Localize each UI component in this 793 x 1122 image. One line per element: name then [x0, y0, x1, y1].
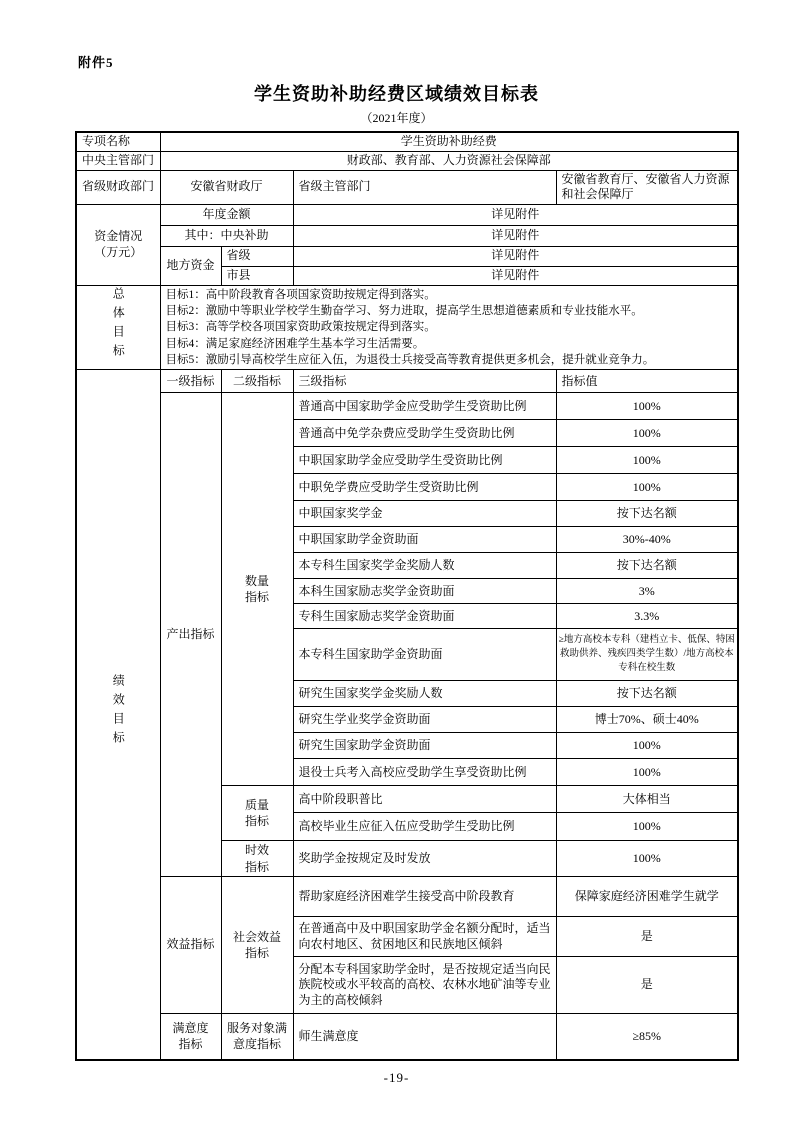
indicator-cell: 高中阶段职普比: [293, 786, 556, 813]
indicator-cell: 在普通高中及中职国家助学金名额分配时，适当向农村地区、贫困地区和民族地区倾斜: [293, 917, 556, 957]
group-social-benefit: 社会效益指标: [221, 877, 293, 1014]
group-quantity-text: 数量指标: [245, 573, 270, 605]
header-value: 指标值: [556, 370, 738, 393]
page-title: 学生资助补助经费区域绩效目标表: [0, 80, 793, 106]
group-quality-text: 质量指标: [245, 797, 270, 829]
central-subsidy-label: 其中：中央补助: [160, 225, 293, 246]
value-cell: 按下达名额: [556, 553, 738, 579]
attachment-label: 附件5: [78, 0, 793, 71]
group-quantity: 数量指标: [221, 393, 293, 786]
indicator-cell: 中职国家奖学金: [293, 501, 556, 527]
funding-section-label: 资金情况 （万元）: [76, 204, 160, 285]
group-output: 产出指标: [160, 393, 221, 877]
header-level2: 二级指标: [221, 370, 293, 393]
value-cell: 100%: [556, 813, 738, 841]
project-name-label: 专项名称: [76, 132, 160, 151]
table-row: 其中：中央补助 详见附件: [76, 225, 738, 246]
value-cell: 100%: [556, 447, 738, 474]
performance-section-label: 绩效目标: [76, 370, 160, 1060]
indicator-cell: 普通高中国家助学金应受助学生受资助比例: [293, 393, 556, 420]
value-cell: 30%-40%: [556, 527, 738, 553]
value-cell: 100%: [556, 393, 738, 420]
performance-target-table: 专项名称 学生资助补助经费 中央主管部门 财政部、教育部、人力资源社会保障部 省…: [75, 131, 739, 1061]
project-name-value: 学生资助补助经费: [160, 132, 738, 151]
indicator-cell: 本科生国家励志奖学金资助面: [293, 579, 556, 604]
goal-item: 目标1：高中阶段教育各项国家资助按规定得到落实。: [166, 287, 733, 303]
table-row: 地方资金 省级 详见附件: [76, 246, 738, 266]
overall-goal-label: 总体目标: [76, 285, 160, 370]
value-cell: 100%: [556, 759, 738, 786]
table-row: 资金情况 （万元） 年度金额 详见附件: [76, 204, 738, 225]
goal-item: 目标3：高等学校各项国家资助政策按规定得到落实。: [166, 319, 733, 335]
group-benefit: 效益指标: [160, 877, 221, 1014]
value-cell: ≥85%: [556, 1014, 738, 1060]
group-service-satisfaction-text: 服务对象满意度指标: [227, 1020, 288, 1052]
group-quality: 质量指标: [221, 786, 293, 841]
city-county-funds-value: 详见附件: [293, 266, 738, 285]
funding-section-label-line2: （万元）: [82, 245, 155, 261]
overall-goal-label-text: 总体目标: [112, 287, 124, 363]
provincial-finance-label: 省级财政部门: [76, 170, 160, 204]
value-cell: 按下达名额: [556, 501, 738, 527]
provincial-finance-value: 安徽省财政厅: [160, 170, 293, 204]
indicator-row: 效益指标 社会效益指标 帮助家庭经济困难学生接受高中阶段教育 保障家庭经济困难学…: [76, 877, 738, 917]
funding-section-label-line1: 资金情况: [82, 229, 155, 245]
performance-section-label-text: 绩效目标: [112, 674, 124, 750]
central-dept-value: 财政部、教育部、人力资源社会保障部: [160, 151, 738, 170]
central-dept-label: 中央主管部门: [76, 151, 160, 170]
value-cell: 大体相当: [556, 786, 738, 813]
value-cell: 100%: [556, 733, 738, 759]
goal-item: 目标2：激励中等职业学校学生勤奋学习、努力进取，提高学生思想道德素质和专业技能水…: [166, 303, 733, 319]
indicator-cell: 退役士兵考入高校应受助学生享受资助比例: [293, 759, 556, 786]
indicator-cell: 中职国家助学金资助面: [293, 527, 556, 553]
indicator-cell: 专科生国家励志奖学金资助面: [293, 604, 556, 629]
value-cell: 3.3%: [556, 604, 738, 629]
value-cell: 100%: [556, 420, 738, 447]
indicator-cell: 研究生学业奖学金资助面: [293, 707, 556, 733]
indicator-cell: 帮助家庭经济困难学生接受高中阶段教育: [293, 877, 556, 917]
document-page: 附件5 学生资助补助经费区域绩效目标表 （2021年度） 专项名称 学生资助补助…: [0, 0, 793, 1122]
value-cell: 是: [556, 917, 738, 957]
provincial-funds-value: 详见附件: [293, 246, 738, 266]
goal-item: 目标4：满足家庭经济困难学生基本学习生活需要。: [166, 336, 733, 352]
city-county-funds-label: 市县: [221, 266, 293, 285]
group-service-satisfaction: 服务对象满意度指标: [221, 1014, 293, 1060]
group-satisfaction-text: 满意度指标: [172, 1020, 209, 1052]
value-cell: 按下达名额: [556, 681, 738, 707]
indicator-cell: 普通高中免学杂费应受助学生受资助比例: [293, 420, 556, 447]
group-social-benefit-text: 社会效益指标: [233, 929, 282, 961]
value-cell: ≥地方高校本专科（建档立卡、低保、特困救助供养、残疾四类学生数）/地方高校本专科…: [556, 629, 738, 681]
annual-amount-label: 年度金额: [160, 204, 293, 225]
page-number: -19-: [0, 1070, 793, 1086]
indicator-cell: 研究生国家奖学金奖励人数: [293, 681, 556, 707]
table-row: 专项名称 学生资助补助经费: [76, 132, 738, 151]
header-level3: 三级指标: [293, 370, 556, 393]
indicator-cell: 本专科生国家奖学金奖励人数: [293, 553, 556, 579]
indicator-cell: 分配本专科国家助学金时，是否按规定适当向民族院校或水平较高的高校、农林水地矿油等…: [293, 957, 556, 1014]
value-cell: 保障家庭经济困难学生就学: [556, 877, 738, 917]
indicator-row: 产出指标 数量指标 普通高中国家助学金应受助学生受资助比例 100%: [76, 393, 738, 420]
indicator-cell: 中职免学费应受助学生受资助比例: [293, 474, 556, 501]
page-subtitle: （2021年度）: [0, 109, 793, 126]
table-row: 中央主管部门 财政部、教育部、人力资源社会保障部: [76, 151, 738, 170]
value-cell: 3%: [556, 579, 738, 604]
table-row: 省级财政部门 安徽省财政厅 省级主管部门 安徽省教育厅、安徽省人力资源和社会保障…: [76, 170, 738, 204]
central-subsidy-value: 详见附件: [293, 225, 738, 246]
provincial-dept-label: 省级主管部门: [293, 170, 556, 204]
indicator-cell: 师生满意度: [293, 1014, 556, 1060]
header-level1: 一级指标: [160, 370, 221, 393]
indicator-cell: 本专科生国家助学金资助面: [293, 629, 556, 681]
indicator-cell: 奖助学金按规定及时发放: [293, 841, 556, 877]
indicator-cell: 研究生国家助学金资助面: [293, 733, 556, 759]
provincial-funds-label: 省级: [221, 246, 293, 266]
goal-item: 目标5：激励引导高校学生应征入伍，为退役士兵接受高等教育提供更多机会，提升就业竞…: [166, 352, 733, 368]
indicator-header-row: 绩效目标 一级指标 二级指标 三级指标 指标值: [76, 370, 738, 393]
group-timeliness: 时效指标: [221, 841, 293, 877]
group-satisfaction: 满意度指标: [160, 1014, 221, 1060]
indicator-cell: 中职国家助学金应受助学生受资助比例: [293, 447, 556, 474]
group-timeliness-text: 时效指标: [245, 842, 270, 874]
indicator-row: 满意度指标 服务对象满意度指标 师生满意度 ≥85%: [76, 1014, 738, 1060]
provincial-dept-value: 安徽省教育厅、安徽省人力资源和社会保障厅: [556, 170, 738, 204]
annual-amount-value: 详见附件: [293, 204, 738, 225]
value-cell: 100%: [556, 841, 738, 877]
indicator-cell: 高校毕业生应征入伍应受助学生受助比例: [293, 813, 556, 841]
value-cell: 博士70%、硕士40%: [556, 707, 738, 733]
value-cell: 是: [556, 957, 738, 1014]
overall-goal-list: 目标1：高中阶段教育各项国家资助按规定得到落实。 目标2：激励中等职业学校学生勤…: [160, 285, 738, 370]
local-funds-label: 地方资金: [160, 246, 221, 285]
table-row: 总体目标 目标1：高中阶段教育各项国家资助按规定得到落实。 目标2：激励中等职业…: [76, 285, 738, 370]
value-cell: 100%: [556, 474, 738, 501]
